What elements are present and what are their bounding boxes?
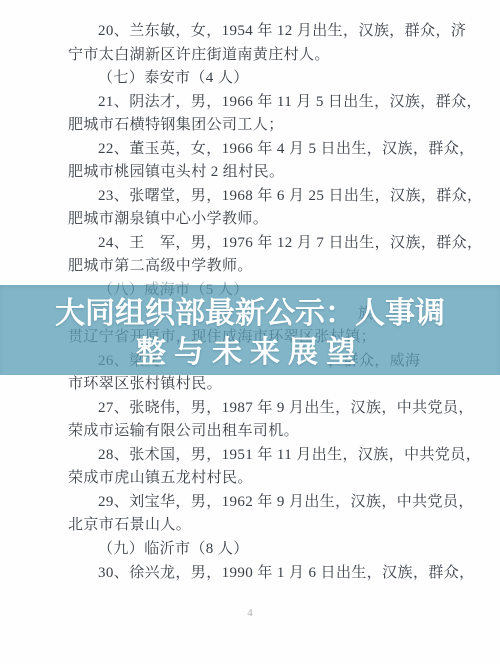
- doc-line: （九）临沂市（8 人）: [68, 538, 438, 562]
- document-body: 20、兰东敏，女，1954 年 12 月出生，汉族，群众，济宁市太白湖新区许庄街…: [0, 0, 500, 585]
- doc-line: 肥城市石横特钢集团公司工人；: [68, 114, 438, 138]
- doc-line: 北京市石景山人。: [68, 514, 438, 538]
- doc-line: 肥城市第二高级中学教师。: [68, 255, 438, 279]
- doc-line: 27、张晓伟，男，1987 年 9 月出生，汉族，中共党员，: [68, 397, 438, 421]
- doc-line: 肥城市桃园镇屯头村 2 组村民。: [68, 161, 438, 185]
- doc-line: 28、张术国，男，1951 年 11 月出生，汉族，中共党员，: [68, 444, 438, 468]
- doc-line: 荣成市运输有限公司出租车司机。: [68, 420, 438, 444]
- doc-line: 荣成市虎山镇五龙村村民。: [68, 467, 438, 491]
- doc-line: 24、王 军，男，1976 年 12 月 7 日出生，汉族，群众，: [68, 232, 438, 256]
- doc-line: 21、阴法才，男，1966 年 11 月 5 日出生，汉族，群众，: [68, 91, 438, 115]
- doc-line: （七）泰安市（4 人）: [68, 67, 438, 91]
- doc-line: 22、董玉英，女，1966 年 4 月 5 日出生，汉族，群众，: [68, 138, 438, 162]
- document-page: 20、兰东敏，女，1954 年 12 月出生，汉族，群众，济宁市太白湖新区许庄街…: [0, 0, 500, 664]
- doc-line: 29、刘宝华，男，1962 年 9 月出生，汉族，中共党员，: [68, 491, 438, 515]
- banner-title-line1: 大同组织部最新公示：人事调: [0, 294, 500, 333]
- doc-line: 市环翠区张村镇村民。: [68, 373, 438, 397]
- doc-line: 宁市太白湖新区许庄街道南黄庄村人。: [68, 44, 438, 68]
- page-number: 4: [0, 607, 500, 619]
- doc-line: 20、兰东敏，女，1954 年 12 月出生，汉族，群众，济: [68, 20, 438, 44]
- banner-title: 大同组织部最新公示：人事调 整与未来展望: [0, 294, 500, 372]
- banner-title-line2: 整与未来展望: [0, 333, 500, 372]
- doc-line: 30、徐兴龙，男，1990 年 1 月 6 日出生，汉族，群众，: [68, 562, 438, 586]
- doc-line: 23、张曙堂，男，1968 年 6 月 25 日出生，汉族，群众，: [68, 185, 438, 209]
- doc-line: 肥城市潮泉镇中心小学教师。: [68, 208, 438, 232]
